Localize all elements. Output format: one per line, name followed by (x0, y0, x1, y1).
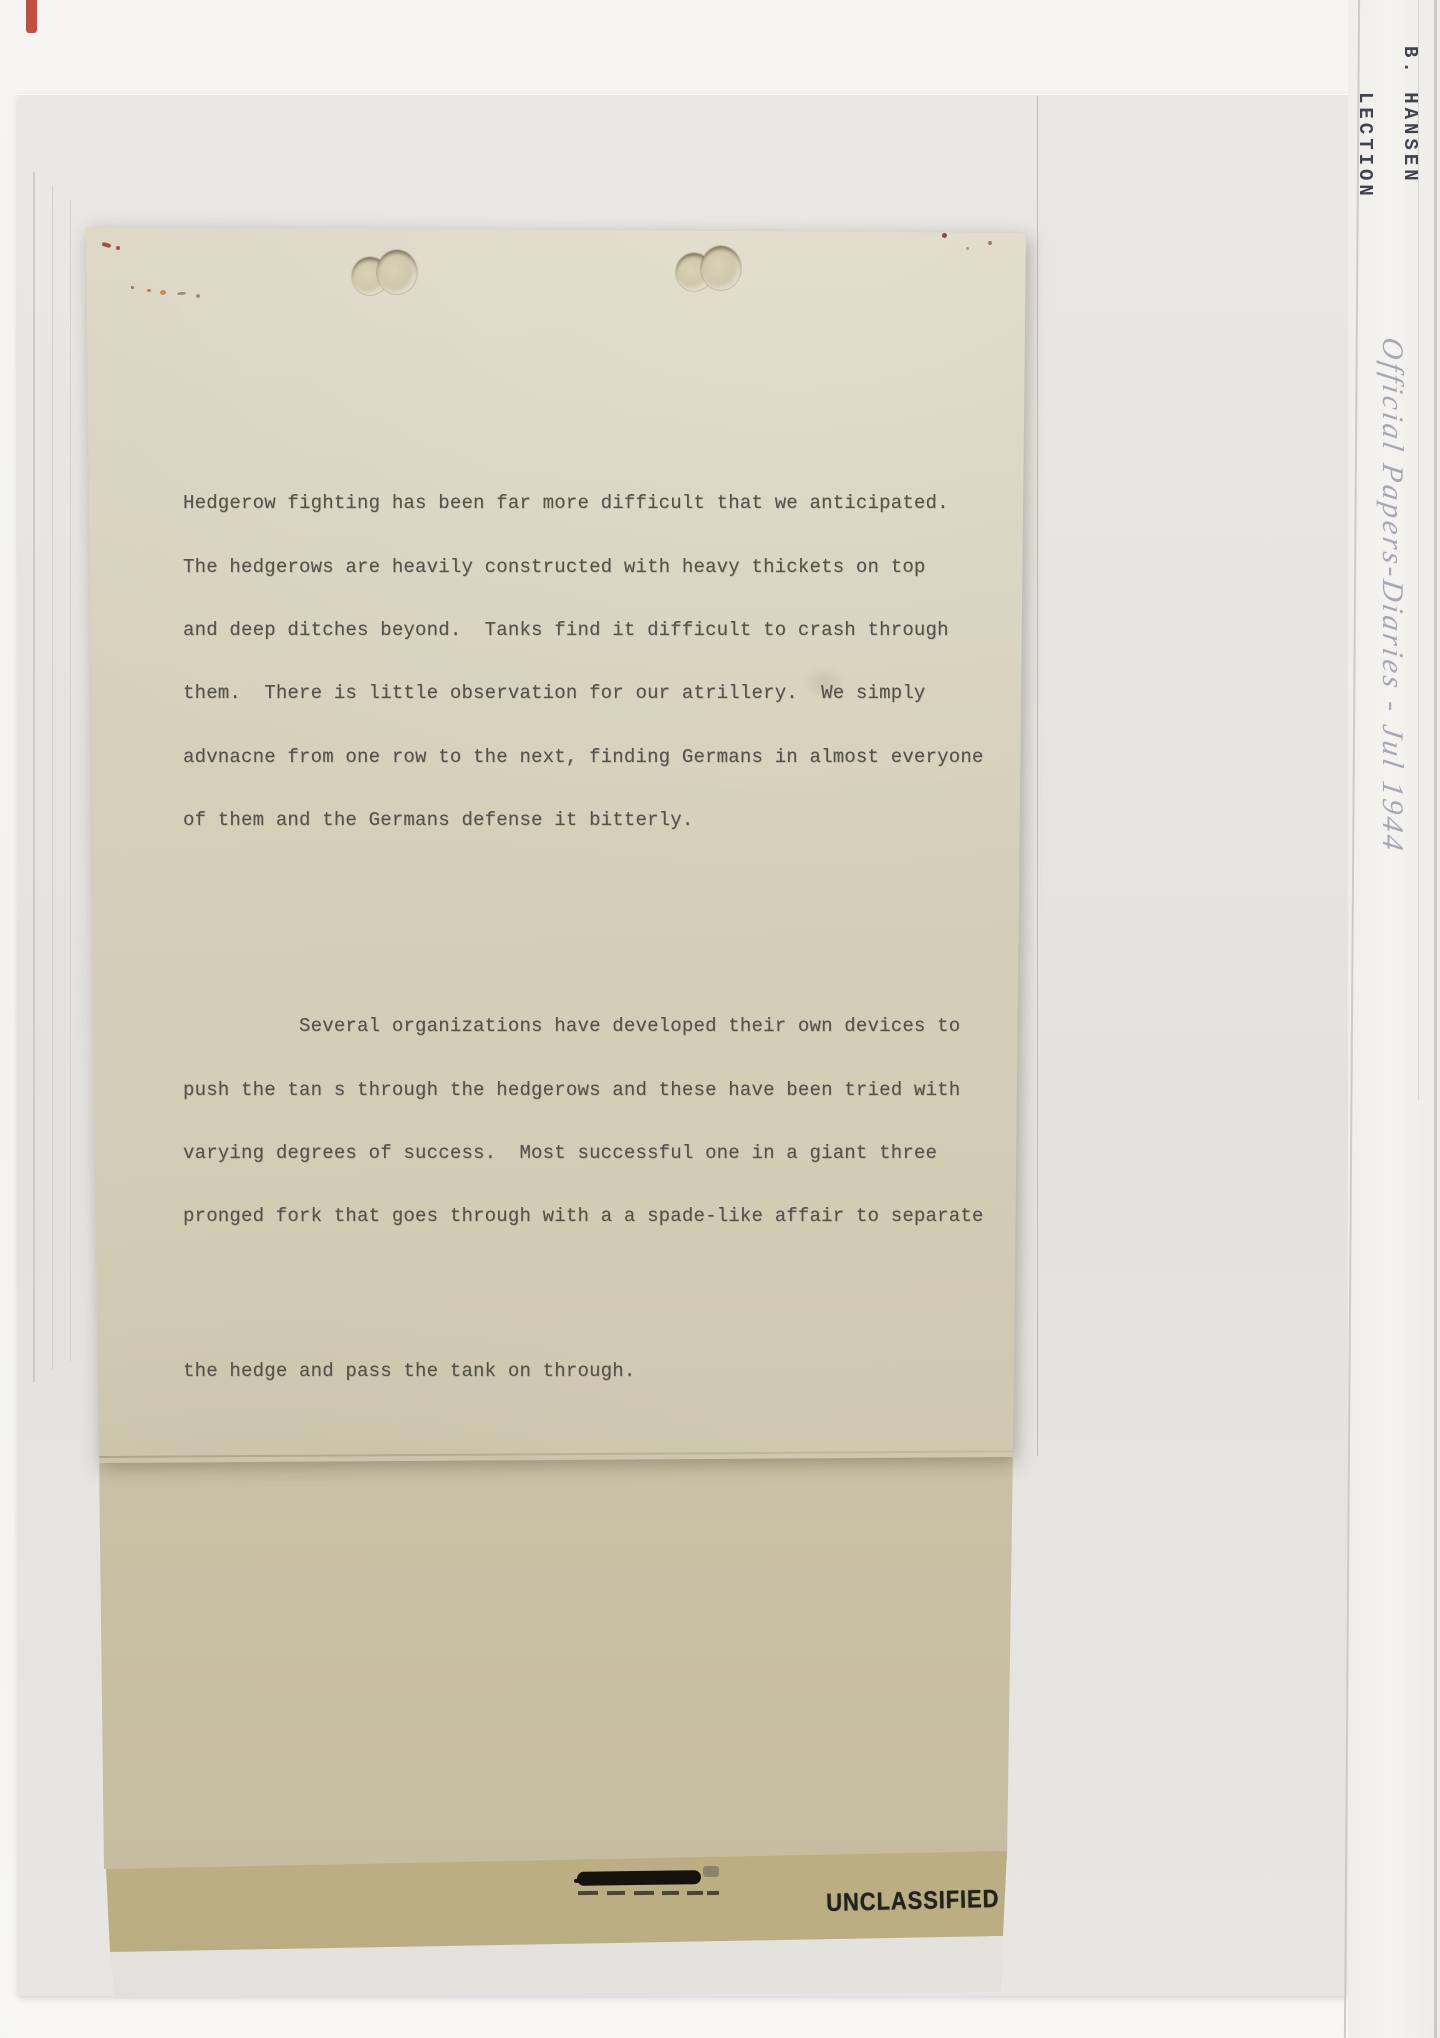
typed-line: of them and the Germans defense it bitte… (183, 810, 1023, 831)
redaction-small-mark (634, 1891, 654, 1895)
ink-speckle (131, 286, 134, 289)
typed-line: varying degrees of success. Most success… (183, 1143, 1023, 1164)
closing-line: the hedge and pass the tank on through. (183, 1361, 1023, 1382)
scanned-document-photo: B. HANSEN LECTION Official Papers-Diarie… (0, 0, 1440, 2038)
paragraph-devices: Several organizations have developed the… (183, 974, 1023, 1269)
typed-line: advnacne from one row to the next, findi… (183, 747, 1023, 768)
typed-line: Hedgerow fighting has been far more diff… (183, 493, 1023, 514)
unclassified-stamp: UNCLASSIFIED (826, 1885, 1000, 1918)
typed-line: push the tan s through the hedgerows and… (183, 1080, 1023, 1101)
ink-speckle (147, 289, 151, 292)
punch-hole-lobe (377, 250, 417, 294)
ink-speckle (966, 247, 969, 250)
ink-speckle (116, 246, 120, 250)
typed-line: Several organizations have developed the… (183, 1016, 1023, 1037)
typed-line: The hedgerows are heavily constructed wi… (183, 557, 1023, 578)
redaction-small-mark (707, 1891, 719, 1895)
typed-line: pronged fork that goes through with a a … (183, 1206, 1023, 1227)
redaction-small-mark (687, 1891, 703, 1895)
black-marker-redaction (577, 1870, 701, 1886)
pencil-scribble (703, 1866, 719, 1877)
redaction-small-mark (662, 1891, 679, 1895)
ink-speckle (196, 294, 200, 298)
paragraph-hedgerow-fighting: Hedgerow fighting has been far more diff… (183, 451, 1023, 873)
redaction-small-mark (578, 1891, 598, 1895)
typed-line: and deep ditches beyond. Tanks find it d… (183, 620, 1023, 641)
punch-hole-lobe (701, 246, 741, 290)
ink-speckle (942, 233, 947, 238)
ink-speckle (988, 241, 992, 245)
ink-speckle (160, 290, 166, 295)
typed-line: them. There is little observation for ou… (183, 683, 1023, 704)
typed-text-block: Hedgerow fighting has been far more diff… (183, 409, 1023, 1424)
redaction-small-mark (607, 1891, 625, 1895)
